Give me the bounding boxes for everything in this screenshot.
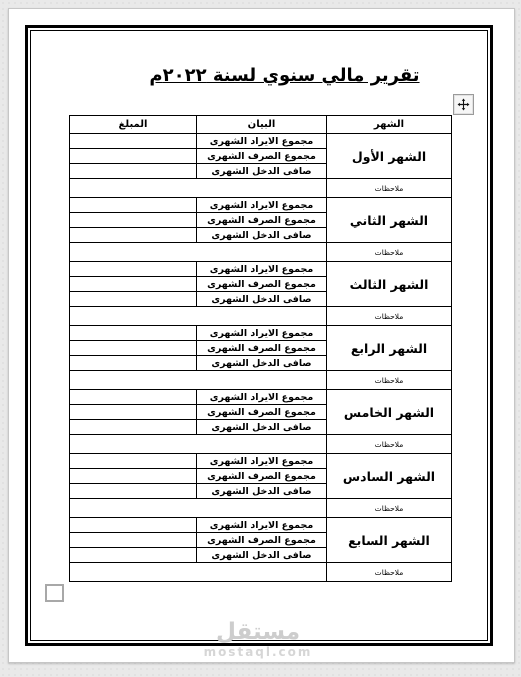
desktop-background: { "title": "تقرير مالي سنوي لسنة ٢٠٢٢م",… [0,0,521,677]
amount-input-cell[interactable] [70,262,197,277]
notes-label-cell: ملاحظات [327,435,452,454]
header-month: الشهر [327,116,452,134]
table-move-handle-icon [457,98,470,111]
table-header-row: الشهر البيان المبلغ [70,116,452,134]
table-move-handle[interactable] [453,94,474,115]
month-name-cell: الشهر الأول [327,134,452,179]
amount-input-cell[interactable] [70,326,197,341]
amount-input-cell[interactable] [70,533,197,548]
document-page: تقرير مالي سنوي لسنة ٢٠٢٢م الشهر البيان … [8,8,515,663]
statement-label-cell: مجموع الصرف الشهرى [197,213,327,228]
amount-input-cell[interactable] [70,134,197,149]
statement-label-cell: صافى الدخل الشهرى [197,164,327,179]
table-row: الشهر السادسمجموع الايراد الشهرى [70,454,452,469]
statement-label-cell: مجموع الايراد الشهرى [197,134,327,149]
amount-input-cell[interactable] [70,149,197,164]
amount-input-cell[interactable] [70,213,197,228]
table-row: الشهر الثالثمجموع الايراد الشهرى [70,262,452,277]
notes-input-cell[interactable] [70,435,327,454]
annual-report-table: الشهر البيان المبلغ الشهر الأولمجموع الا… [69,115,452,582]
statement-label-cell: صافى الدخل الشهرى [197,548,327,563]
month-name-cell: الشهر الثالث [327,262,452,307]
month-name-cell: الشهر السادس [327,454,452,499]
notes-row: ملاحظات [70,307,452,326]
statement-label-cell: صافى الدخل الشهرى [197,228,327,243]
notes-row: ملاحظات [70,435,452,454]
statement-label-cell: مجموع الايراد الشهرى [197,198,327,213]
header-amount: المبلغ [70,116,197,134]
amount-input-cell[interactable] [70,292,197,307]
amount-input-cell[interactable] [70,484,197,499]
amount-input-cell[interactable] [70,390,197,405]
statement-label-cell: مجموع الايراد الشهرى [197,390,327,405]
notes-row: ملاحظات [70,179,452,198]
notes-row: ملاحظات [70,499,452,518]
amount-input-cell[interactable] [70,454,197,469]
notes-input-cell[interactable] [70,371,327,390]
month-name-cell: الشهر الرابع [327,326,452,371]
amount-input-cell[interactable] [70,277,197,292]
notes-label-cell: ملاحظات [327,243,452,262]
statement-label-cell: مجموع الصرف الشهرى [197,149,327,164]
statement-label-cell: صافى الدخل الشهرى [197,484,327,499]
amount-input-cell[interactable] [70,548,197,563]
notes-input-cell[interactable] [70,179,327,198]
notes-label-cell: ملاحظات [327,371,452,390]
page-title: تقرير مالي سنوي لسنة ٢٠٢٢م [9,65,521,86]
notes-label-cell: ملاحظات [327,307,452,326]
statement-label-cell: مجموع الايراد الشهرى [197,326,327,341]
notes-label-cell: ملاحظات [327,563,452,582]
amount-input-cell[interactable] [70,405,197,420]
notes-row: ملاحظات [70,371,452,390]
amount-input-cell[interactable] [70,469,197,484]
amount-input-cell[interactable] [70,198,197,213]
header-statement: البيان [197,116,327,134]
amount-input-cell[interactable] [70,228,197,243]
table-row: الشهر الأولمجموع الايراد الشهرى [70,134,452,149]
statement-label-cell: مجموع الصرف الشهرى [197,341,327,356]
statement-label-cell: صافى الدخل الشهرى [197,292,327,307]
amount-input-cell[interactable] [70,341,197,356]
report-table-body: الشهر الأولمجموع الايراد الشهرىمجموع الص… [70,134,452,582]
statement-label-cell: صافى الدخل الشهرى [197,420,327,435]
statement-label-cell: مجموع الصرف الشهرى [197,405,327,420]
statement-label-cell: مجموع الصرف الشهرى [197,277,327,292]
statement-label-cell: مجموع الايراد الشهرى [197,262,327,277]
statement-label-cell: صافى الدخل الشهرى [197,356,327,371]
statement-label-cell: مجموع الايراد الشهرى [197,518,327,533]
table-row: الشهر الرابعمجموع الايراد الشهرى [70,326,452,341]
notes-input-cell[interactable] [70,307,327,326]
notes-label-cell: ملاحظات [327,179,452,198]
notes-input-cell[interactable] [70,563,327,582]
notes-row: ملاحظات [70,563,452,582]
month-name-cell: الشهر الثاني [327,198,452,243]
table-resize-handle[interactable] [45,584,64,602]
amount-input-cell[interactable] [70,518,197,533]
table-row: الشهر الثانيمجموع الايراد الشهرى [70,198,452,213]
statement-label-cell: مجموع الصرف الشهرى [197,533,327,548]
notes-row: ملاحظات [70,243,452,262]
table-row: الشهر السابعمجموع الايراد الشهرى [70,518,452,533]
statement-label-cell: مجموع الايراد الشهرى [197,454,327,469]
month-name-cell: الشهر الخامس [327,390,452,435]
month-name-cell: الشهر السابع [327,518,452,563]
amount-input-cell[interactable] [70,356,197,371]
notes-input-cell[interactable] [70,499,327,518]
notes-input-cell[interactable] [70,243,327,262]
table-row: الشهر الخامسمجموع الايراد الشهرى [70,390,452,405]
amount-input-cell[interactable] [70,420,197,435]
notes-label-cell: ملاحظات [327,499,452,518]
watermark-domain: mostaql.com [148,645,368,659]
amount-input-cell[interactable] [70,164,197,179]
statement-label-cell: مجموع الصرف الشهرى [197,469,327,484]
